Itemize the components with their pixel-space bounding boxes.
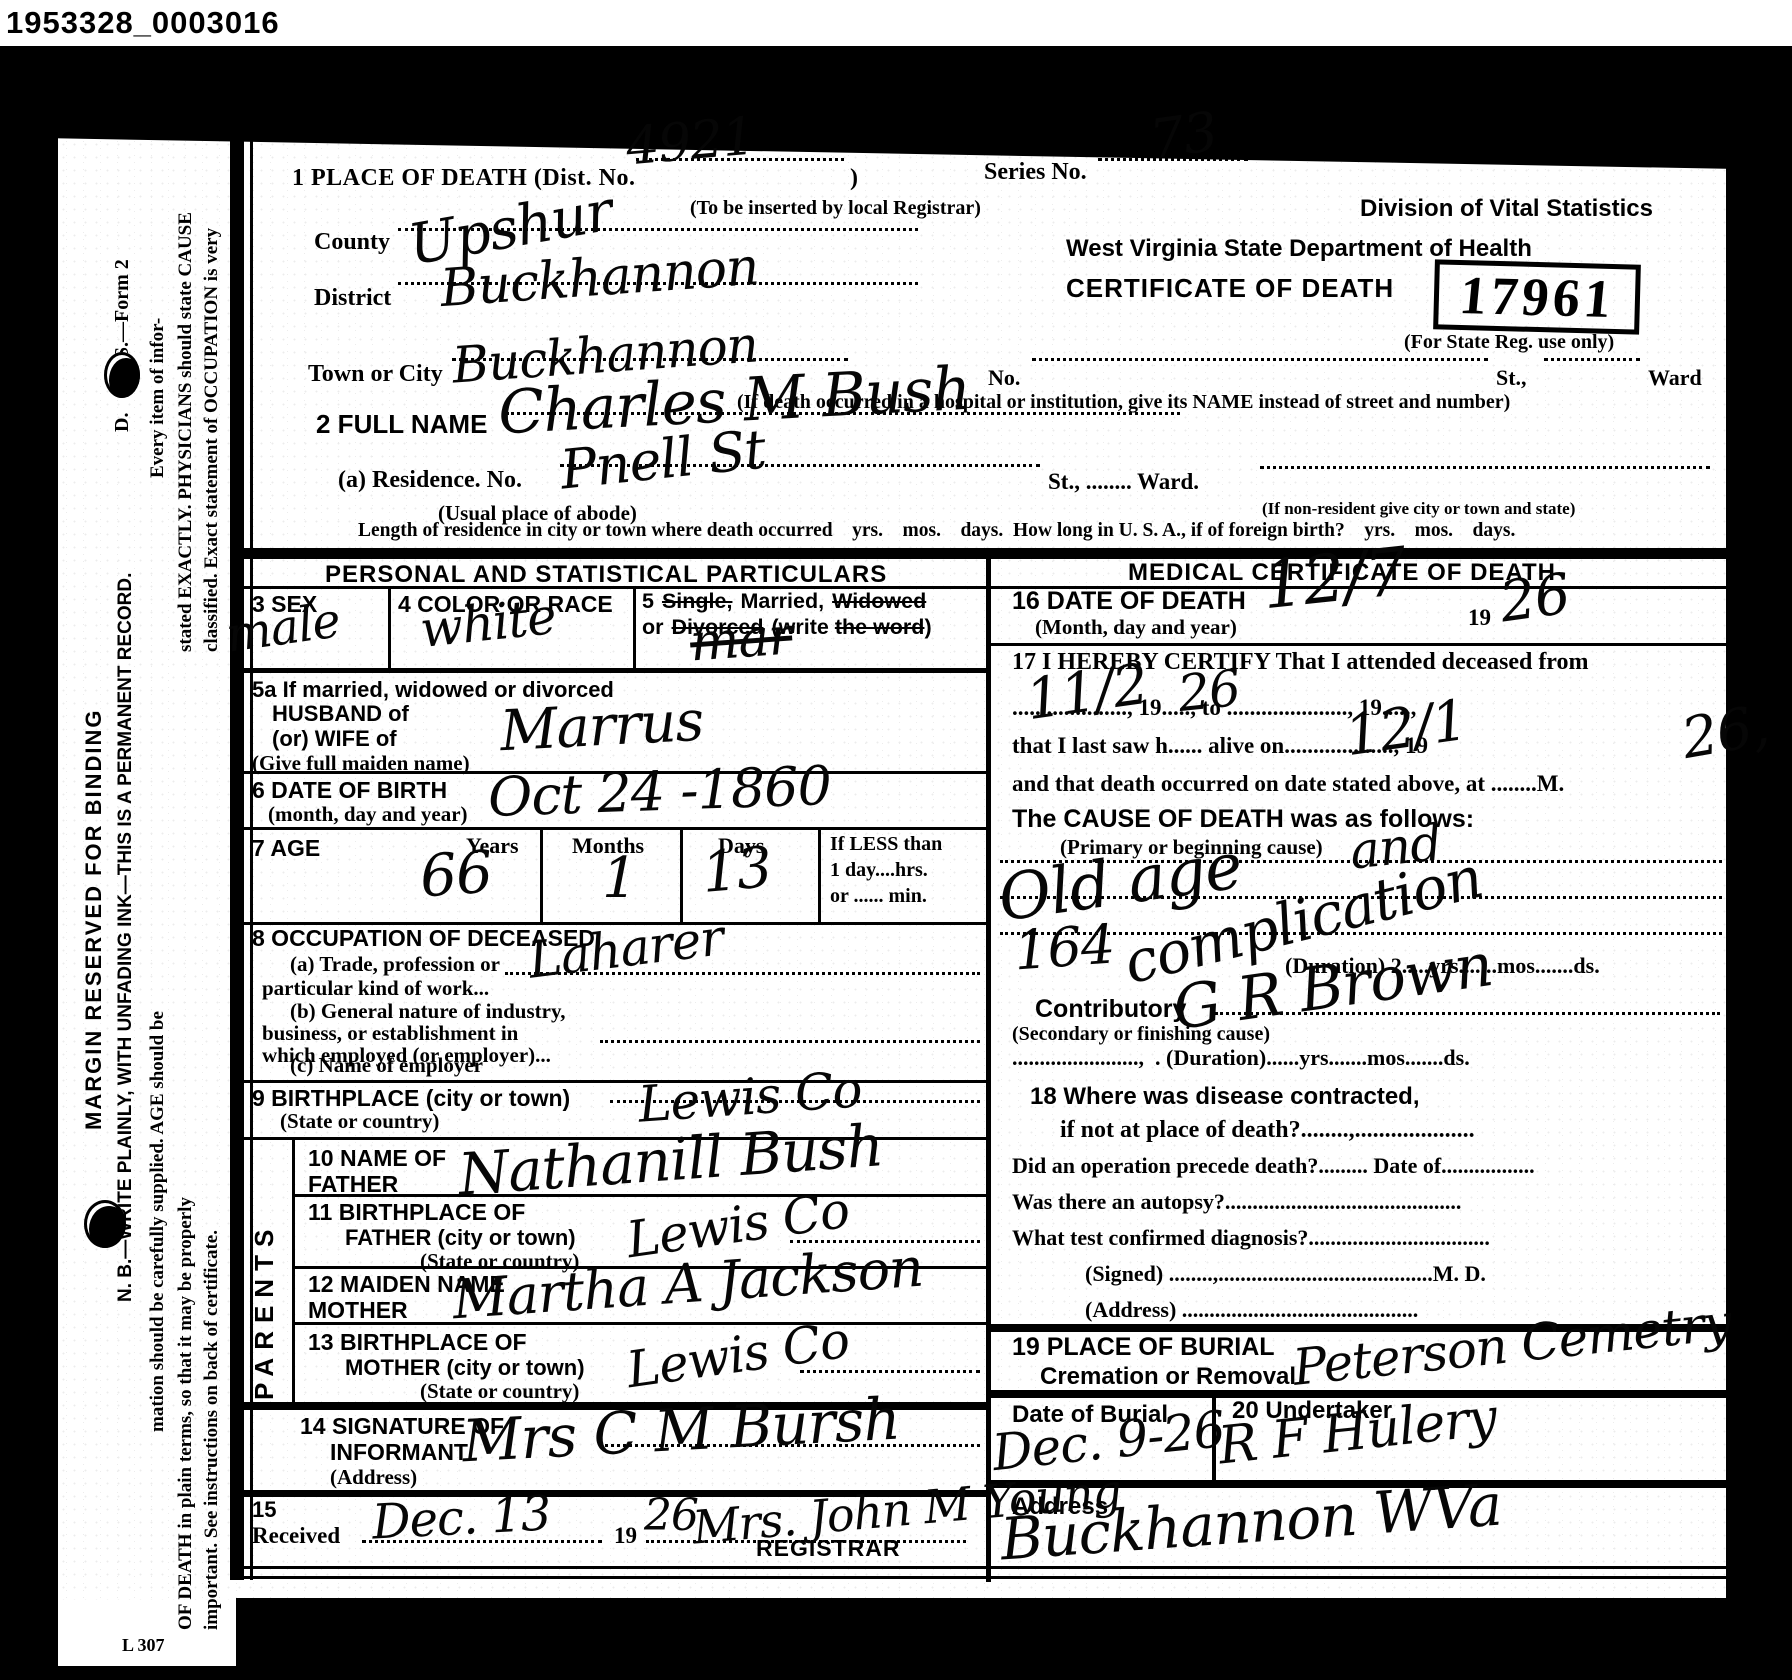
residence-label: (a) Residence. No. xyxy=(338,468,522,494)
age-less-note3: or ...... min. xyxy=(830,886,927,908)
scan-border-bottom xyxy=(58,1598,1726,1680)
scan-border-top xyxy=(28,46,1792,170)
row-line xyxy=(230,1080,986,1083)
scan-edge-blob xyxy=(4,290,28,324)
husband-of-label: HUSBAND of xyxy=(272,702,409,726)
row-line xyxy=(230,668,986,673)
district-label: District xyxy=(314,286,391,312)
cause-code-value: 164 xyxy=(1012,913,1116,983)
residence-st-ward-label: St., ........ Ward. xyxy=(1048,470,1199,495)
informant-address-note: (Address) xyxy=(330,1466,417,1489)
dotted-line xyxy=(1544,358,1640,361)
dob-note: (month, day and year) xyxy=(268,803,468,826)
town-city-label: Town or City xyxy=(308,362,443,388)
scan-border-right xyxy=(1726,150,1792,1680)
form-left-border xyxy=(230,140,244,1580)
parents-group-label: PARENTS xyxy=(250,1222,278,1400)
stamp-seal-icon xyxy=(84,1200,126,1248)
md-address-line: (Address) ..............................… xyxy=(1085,1298,1418,1322)
autopsy-question: Was there an autopsy?...................… xyxy=(1012,1190,1461,1214)
row-line xyxy=(991,643,1726,646)
age-label: 7 AGE xyxy=(252,836,320,861)
margin-instructions-line3: stated EXACTLY. PHYSICIANS should state … xyxy=(176,212,197,652)
cell-divider xyxy=(818,830,821,922)
q18-line2: if not at place of death?........,......… xyxy=(1060,1118,1475,1144)
received-no-label: 15 xyxy=(252,1498,276,1522)
received-date-value: Dec. 13 xyxy=(371,1485,552,1550)
embossed-seal-icon xyxy=(104,352,140,398)
dod-value: 12/7 xyxy=(1258,533,1409,625)
marital-widowed: Widowed xyxy=(832,589,926,613)
received-label: Received xyxy=(252,1524,340,1549)
occupation-a-label: (a) Trade, profession or xyxy=(290,953,500,976)
series-no-value: 73 xyxy=(1146,100,1221,172)
marital-value: mar xyxy=(688,607,794,674)
q18-line1: 18 Where was disease contracted, xyxy=(1030,1084,1420,1110)
wife-of-label: (or) WIFE of xyxy=(272,727,397,751)
age-months-value: 1 xyxy=(602,846,637,911)
father-name-label2: FATHER xyxy=(308,1172,398,1197)
age-days-value: 13 xyxy=(699,835,774,906)
marital-single: Single, xyxy=(662,589,732,613)
state-reg-note: (For State Reg. use only) xyxy=(1404,332,1614,354)
margin-instructions-line2: mation should be carefully supplied. AGE… xyxy=(148,1011,169,1432)
cell-divider xyxy=(540,830,543,922)
series-no-label: Series No. xyxy=(984,160,1087,186)
nonresident-note: (If non-resident give city or town and s… xyxy=(1262,500,1575,518)
dod-label: 16 DATE OF DEATH xyxy=(1012,588,1246,615)
margin-instructions-line1: Every item of infor- xyxy=(148,318,169,478)
cell-divider xyxy=(680,830,683,922)
occupation-value: Laharer xyxy=(525,908,726,989)
contributory-label: Contributory xyxy=(1035,996,1186,1023)
burial-sub-label: Cremation or Removal xyxy=(1040,1364,1296,1390)
margin-instructions-line6: important. See instructions on back of c… xyxy=(202,1230,223,1630)
scan-file-label: 1953328_0003016 xyxy=(6,6,280,39)
length-of-residence-note: Length of residence in city or town wher… xyxy=(358,520,1515,541)
attended-year-value: 26 xyxy=(1175,659,1242,723)
margin-binding-note: MARGIN RESERVED FOR BINDING xyxy=(82,708,106,1130)
parents-divider xyxy=(292,1137,295,1404)
close-paren: ) xyxy=(850,166,858,192)
department-title: West Virginia State Department of Health xyxy=(1066,236,1532,262)
street-no-label: No. xyxy=(988,366,1020,390)
margin-nb-note: N. B.—WRITE PLAINLY, WITH UNFADING INK—T… xyxy=(116,573,137,1302)
district-number-value: 4921 xyxy=(624,107,757,178)
bottom-rule xyxy=(230,1566,1726,1569)
age-less-note1: If LESS than xyxy=(830,834,942,856)
cell-divider xyxy=(388,588,391,670)
inserted-by-registrar-note: (To be inserted by local Registrar) xyxy=(690,198,981,220)
spouse-value: Marrus xyxy=(498,689,704,765)
received-year-value: 26 xyxy=(644,1490,698,1541)
occupation-b2-label: business, or establishment in xyxy=(262,1022,518,1045)
burial-label: 19 PLACE OF BURIAL xyxy=(1012,1334,1275,1361)
mother-birthplace-label2: MOTHER (city or town) xyxy=(345,1356,585,1380)
occupation-c-label: (c) Name of employer xyxy=(290,1054,483,1077)
margin-instructions-line5: classified. Exact statement of OCCUPATIO… xyxy=(202,228,223,652)
certify-line4: and that death occurred on date stated a… xyxy=(1012,772,1564,797)
full-name-label: 2 FULL NAME xyxy=(316,410,487,438)
maiden-name-note: (Give full maiden name) xyxy=(252,752,470,775)
occupation-b-label: (b) General nature of industry, xyxy=(290,1000,566,1023)
age-years-value: 66 xyxy=(418,838,494,911)
dotted-line xyxy=(1032,358,1488,361)
dod-year-value: 26 xyxy=(1496,561,1574,635)
dob-label: 6 DATE OF BIRTH xyxy=(252,778,447,803)
test-question: What test confirmed diagnosis?..........… xyxy=(1012,1226,1490,1250)
dod-note: (Month, day and year) xyxy=(1035,616,1237,639)
informant-label2: INFORMANT xyxy=(330,1440,468,1465)
margin-form-number: D. DS.—Form 2 xyxy=(112,259,134,432)
mother-birthplace-note: (State or country) xyxy=(420,1380,579,1403)
certificate-title: CERTIFICATE OF DEATH xyxy=(1066,274,1394,302)
street-label: St., xyxy=(1496,366,1527,390)
cell-divider xyxy=(633,588,636,670)
bottom-rule xyxy=(230,1576,1726,1579)
dob-value: Oct 24 -1860 xyxy=(487,754,832,829)
dod-year-prefix: 19 xyxy=(1468,606,1491,631)
duration-line2: ......................., . (Duration)...… xyxy=(1012,1046,1470,1070)
personal-section-title: PERSONAL AND STATISTICAL PARTICULARS xyxy=(325,562,887,588)
county-label: County xyxy=(314,230,390,256)
received-year-prefix: 19 xyxy=(614,1524,637,1549)
marital-or: or xyxy=(642,615,664,639)
age-less-note2: 1 day....hrs. xyxy=(830,860,928,882)
marital-close: ) xyxy=(924,615,931,639)
marital-the-word: the word xyxy=(835,615,925,639)
dotted-line xyxy=(1260,466,1710,469)
mother-birthplace-label1: 13 BIRTHPLACE OF xyxy=(308,1330,527,1355)
signed-line: (Signed) ........,......................… xyxy=(1085,1262,1486,1286)
father-name-label1: 10 NAME OF xyxy=(308,1146,446,1171)
birthplace-note: (State or country) xyxy=(280,1110,439,1133)
operation-question: Did an operation precede death?.........… xyxy=(1012,1154,1535,1178)
mother-maiden-label2: MOTHER xyxy=(308,1298,408,1323)
marital-no: 5 xyxy=(642,589,654,613)
ward-label: Ward xyxy=(1648,366,1702,390)
division-title: Division of Vital Statistics xyxy=(1360,196,1653,222)
birthplace-label: 9 BIRTHPLACE (city or town) xyxy=(252,1086,570,1111)
certificate-number: 17961 xyxy=(1457,264,1618,330)
section-divider xyxy=(230,548,1726,559)
occupation-a2-label: particular kind of work... xyxy=(262,977,489,1000)
death-certificate-scan: 1953328_0003016 L 307 MARGIN RESERVED FO… xyxy=(0,0,1792,1680)
certificate-number-box: 17961 xyxy=(1433,259,1641,334)
father-birthplace-label2: FATHER (city or town) xyxy=(345,1226,576,1250)
dotted-line xyxy=(600,1040,980,1043)
plate-code: L 307 xyxy=(122,1636,165,1655)
margin-instructions-line4: OF DEATH in plain terms, so that it may … xyxy=(176,1197,197,1630)
row-line xyxy=(230,827,986,830)
